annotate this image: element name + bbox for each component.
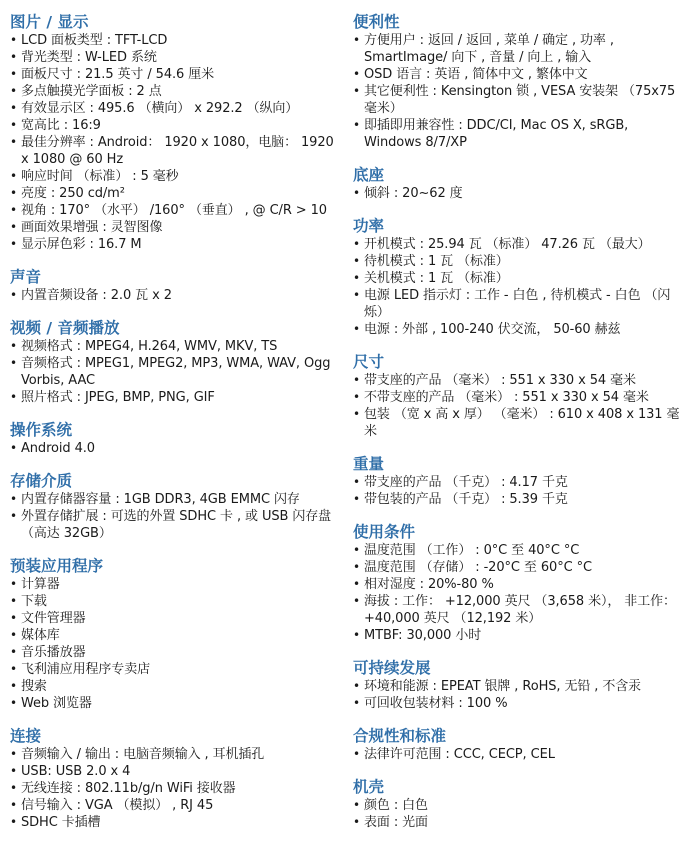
spec-item: MTBF: 30,000 小时 — [353, 627, 683, 644]
spec-section: 便利性方便用户 : 返回 / 返回 , 菜单 / 确定 , 功率 , Smart… — [353, 12, 683, 151]
spec-item: 计算器 — [10, 576, 340, 593]
spec-item: 颜色 : 白色 — [353, 797, 683, 814]
spec-item: 画面效果增强 : 灵智图像 — [10, 219, 340, 236]
spec-section: 尺寸带支座的产品 （毫米） : 551 x 330 x 54 毫米不带支座的产品… — [353, 352, 683, 440]
spec-item: 飞利浦应用程序专卖店 — [10, 661, 340, 678]
spec-item: 无线连接 : 802.11b/g/n WiFi 接收器 — [10, 780, 340, 797]
spec-list: 倾斜 : 20~62 度 — [353, 185, 683, 202]
spec-list: 开机模式 : 25.94 瓦 （标准） 47.26 瓦 （最大）待机模式 : 1… — [353, 236, 683, 338]
spec-item: 包装 （宽 x 高 x 厚） （毫米） : 610 x 408 x 131 毫米 — [353, 406, 683, 440]
spec-section: 合规性和标准法律许可范围 : CCC, CECP, CEL — [353, 726, 683, 763]
spec-item: 背光类型 : W-LED 系统 — [10, 49, 340, 66]
spec-item: LCD 面板类型 : TFT-LCD — [10, 32, 340, 49]
section-heading: 重量 — [353, 454, 683, 474]
left-column: 图片 / 显示LCD 面板类型 : TFT-LCD背光类型 : W-LED 系统… — [10, 12, 340, 845]
spec-section: 重量带支座的产品 （千克） : 4.17 千克带包装的产品 （千克） : 5.3… — [353, 454, 683, 508]
spec-list: 带支座的产品 （千克） : 4.17 千克带包装的产品 （千克） : 5.39 … — [353, 474, 683, 508]
spec-item: 方便用户 : 返回 / 返回 , 菜单 / 确定 , 功率 , SmartIma… — [353, 32, 683, 66]
section-heading: 尺寸 — [353, 352, 683, 372]
section-heading: 底座 — [353, 165, 683, 185]
spec-item: 响应时间 （标准） : 5 毫秒 — [10, 168, 340, 185]
section-heading: 合规性和标准 — [353, 726, 683, 746]
spec-item: 搜索 — [10, 678, 340, 695]
spec-item: 宽高比 : 16:9 — [10, 117, 340, 134]
spec-list: 环境和能源 : EPEAT 银牌 , RoHS, 无铅 , 不含汞可回收包装材料… — [353, 678, 683, 712]
spec-section: 底座倾斜 : 20~62 度 — [353, 165, 683, 202]
section-heading: 机壳 — [353, 777, 683, 797]
spec-item: 音乐播放器 — [10, 644, 340, 661]
spec-item: 视角 : 170° （水平） /160° （垂直） , @ C/R > 10 — [10, 202, 340, 219]
spec-item: 待机模式 : 1 瓦 （标准） — [353, 253, 683, 270]
section-heading: 声音 — [10, 267, 340, 287]
section-heading: 视频 / 音频播放 — [10, 318, 340, 338]
spec-item: 照片格式 : JPEG, BMP, PNG, GIF — [10, 389, 340, 406]
section-heading: 可持续发展 — [353, 658, 683, 678]
spec-list: 音频输入 / 输出 : 电脑音频输入 , 耳机插孔USB: USB 2.0 x … — [10, 746, 340, 831]
spec-item: 带支座的产品 （千克） : 4.17 千克 — [353, 474, 683, 491]
spec-item: Android 4.0 — [10, 440, 340, 457]
spec-item: 电源 : 外部 , 100-240 伏交流， 50-60 赫兹 — [353, 321, 683, 338]
spec-item: 视频格式 : MPEG4, H.264, WMV, MKV, TS — [10, 338, 340, 355]
spec-section: 可持续发展环境和能源 : EPEAT 银牌 , RoHS, 无铅 , 不含汞可回… — [353, 658, 683, 712]
spec-item: 温度范围 （工作） : 0°C 至 40°C °C — [353, 542, 683, 559]
spec-item: 下载 — [10, 593, 340, 610]
spec-section: 存储介质内置存储器容量 : 1GB DDR3, 4GB EMMC 闪存外置存储扩… — [10, 471, 340, 542]
spec-section: 操作系统Android 4.0 — [10, 420, 340, 457]
spec-section: 连接音频输入 / 输出 : 电脑音频输入 , 耳机插孔USB: USB 2.0 … — [10, 726, 340, 831]
section-heading: 预装应用程序 — [10, 556, 340, 576]
spec-list: 计算器下载文件管理器媒体库音乐播放器飞利浦应用程序专卖店搜索Web 浏览器 — [10, 576, 340, 712]
spec-item: 关机模式 : 1 瓦 （标准） — [353, 270, 683, 287]
spec-item: 有效显示区 : 495.6 （横向） x 292.2 （纵向） — [10, 100, 340, 117]
section-heading: 使用条件 — [353, 522, 683, 542]
spec-item: 可回收包装材料 : 100 % — [353, 695, 683, 712]
spec-section: 图片 / 显示LCD 面板类型 : TFT-LCD背光类型 : W-LED 系统… — [10, 12, 340, 253]
spec-section: 功率开机模式 : 25.94 瓦 （标准） 47.26 瓦 （最大）待机模式 :… — [353, 216, 683, 338]
spec-item: 环境和能源 : EPEAT 银牌 , RoHS, 无铅 , 不含汞 — [353, 678, 683, 695]
spec-item: 倾斜 : 20~62 度 — [353, 185, 683, 202]
section-heading: 连接 — [10, 726, 340, 746]
spec-section: 使用条件温度范围 （工作） : 0°C 至 40°C °C温度范围 （存储） :… — [353, 522, 683, 644]
spec-list: 法律许可范围 : CCC, CECP, CEL — [353, 746, 683, 763]
spec-item: 最佳分辨率 : Android： 1920 x 1080，电脑： 1920 x … — [10, 134, 340, 168]
spec-section: 视频 / 音频播放视频格式 : MPEG4, H.264, WMV, MKV, … — [10, 318, 340, 406]
spec-list: 带支座的产品 （毫米） : 551 x 330 x 54 毫米不带支座的产品 （… — [353, 372, 683, 440]
section-heading: 功率 — [353, 216, 683, 236]
spec-list: Android 4.0 — [10, 440, 340, 457]
spec-section: 机壳颜色 : 白色表面 : 光面 — [353, 777, 683, 831]
section-heading: 存储介质 — [10, 471, 340, 491]
spec-item: 显示屏色彩 : 16.7 M — [10, 236, 340, 253]
spec-item: 多点触摸光学面板 : 2 点 — [10, 83, 340, 100]
spec-item: 音频格式 : MPEG1, MPEG2, MP3, WMA, WAV, Ogg … — [10, 355, 340, 389]
spec-item: 亮度 : 250 cd/m² — [10, 185, 340, 202]
spec-list: LCD 面板类型 : TFT-LCD背光类型 : W-LED 系统面板尺寸 : … — [10, 32, 340, 253]
spec-item: 相对湿度 : 20%-80 % — [353, 576, 683, 593]
spec-item: 音频输入 / 输出 : 电脑音频输入 , 耳机插孔 — [10, 746, 340, 763]
spec-item: 媒体库 — [10, 627, 340, 644]
spec-item: 表面 : 光面 — [353, 814, 683, 831]
spec-item: 海拔 : 工作： +12,000 英尺 （3,658 米）， 非工作： +40,… — [353, 593, 683, 627]
section-heading: 便利性 — [353, 12, 683, 32]
spec-item: 即插即用兼容性 : DDC/CI, Mac OS X, sRGB, Window… — [353, 117, 683, 151]
spec-list: 视频格式 : MPEG4, H.264, WMV, MKV, TS音频格式 : … — [10, 338, 340, 406]
spec-list: 内置存储器容量 : 1GB DDR3, 4GB EMMC 闪存外置存储扩展 : … — [10, 491, 340, 542]
spec-item: 信号输入 : VGA （模拟） , RJ 45 — [10, 797, 340, 814]
spec-item: 文件管理器 — [10, 610, 340, 627]
spec-item: OSD 语言 : 英语 , 简体中文 , 繁体中文 — [353, 66, 683, 83]
spec-item: 内置存储器容量 : 1GB DDR3, 4GB EMMC 闪存 — [10, 491, 340, 508]
spec-item: 法律许可范围 : CCC, CECP, CEL — [353, 746, 683, 763]
spec-item: 外置存储扩展 : 可选的外置 SDHC 卡 , 或 USB 闪存盘 （高达 32… — [10, 508, 340, 542]
spec-section: 声音内置音频设备 : 2.0 瓦 x 2 — [10, 267, 340, 304]
spec-list: 颜色 : 白色表面 : 光面 — [353, 797, 683, 831]
spec-item: 面板尺寸 : 21.5 英寸 / 54.6 厘米 — [10, 66, 340, 83]
spec-item: USB: USB 2.0 x 4 — [10, 763, 340, 780]
spec-item: 温度范围 （存储） : -20°C 至 60°C °C — [353, 559, 683, 576]
spec-section: 预装应用程序计算器下载文件管理器媒体库音乐播放器飞利浦应用程序专卖店搜索Web … — [10, 556, 340, 712]
spec-item: Web 浏览器 — [10, 695, 340, 712]
spec-item: 其它便利性 : Kensington 锁 , VESA 安装架 （75x75 毫… — [353, 83, 683, 117]
spec-item: SDHC 卡插槽 — [10, 814, 340, 831]
spec-list: 方便用户 : 返回 / 返回 , 菜单 / 确定 , 功率 , SmartIma… — [353, 32, 683, 151]
spec-list: 温度范围 （工作） : 0°C 至 40°C °C温度范围 （存储） : -20… — [353, 542, 683, 644]
spec-list: 内置音频设备 : 2.0 瓦 x 2 — [10, 287, 340, 304]
spec-item: 带包装的产品 （千克） : 5.39 千克 — [353, 491, 683, 508]
section-heading: 图片 / 显示 — [10, 12, 340, 32]
spec-item: 不带支座的产品 （毫米） : 551 x 330 x 54 毫米 — [353, 389, 683, 406]
spec-item: 开机模式 : 25.94 瓦 （标准） 47.26 瓦 （最大） — [353, 236, 683, 253]
spec-item: 内置音频设备 : 2.0 瓦 x 2 — [10, 287, 340, 304]
spec-item: 带支座的产品 （毫米） : 551 x 330 x 54 毫米 — [353, 372, 683, 389]
spec-item: 电源 LED 指示灯 : 工作 - 白色 , 待机模式 - 白色 （闪烁） — [353, 287, 683, 321]
right-column: 便利性方便用户 : 返回 / 返回 , 菜单 / 确定 , 功率 , Smart… — [353, 12, 683, 845]
section-heading: 操作系统 — [10, 420, 340, 440]
